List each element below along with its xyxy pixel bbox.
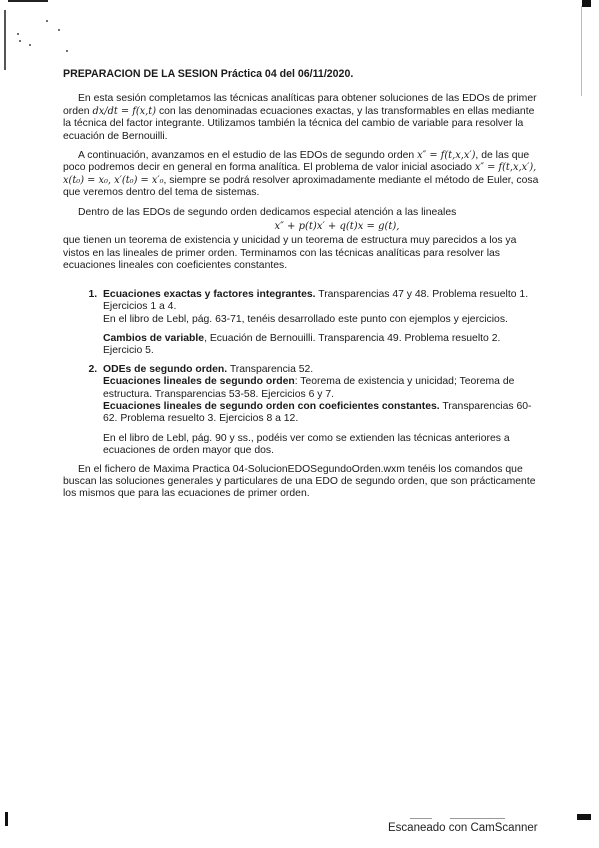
document-title: PREPARACION DE LA SESION Práctica 04 del…	[63, 68, 541, 80]
subsection-heading: Ecuaciones lineales de segundo orden	[103, 376, 295, 387]
scan-artifact-left-mark	[5, 812, 8, 826]
math-formula: x″ = f(t,x,x′)	[417, 150, 475, 161]
topics-list: Ecuaciones exactas y factores integrante…	[63, 289, 541, 458]
camscanner-watermark: Escaneado con CamScanner	[388, 822, 538, 834]
list-item: ODEs de segundo orden. Transparencia 52.…	[100, 364, 541, 458]
scan-dot	[19, 40, 21, 42]
text: A continuación, avanzamos en el estudio …	[78, 150, 417, 161]
scan-artifact-right-line	[581, 6, 582, 96]
scan-artifact-line	[410, 818, 432, 819]
scan-dot	[17, 33, 19, 35]
scan-artifact-mark	[577, 814, 591, 820]
item-subsection: Ecuaciones lineales de segundo orden con…	[103, 401, 541, 426]
scan-artifact-right-mark	[582, 0, 591, 7]
scan-artifact-line	[450, 818, 505, 819]
paragraph-intro: En esta sesión completamos las técnicas …	[63, 93, 541, 143]
scan-artifact-top	[8, 0, 48, 2]
paragraph-maxima: En el fichero de Maxima Practica 04-Solu…	[63, 464, 541, 501]
subsection-heading: Cambios de variable	[103, 333, 204, 344]
scan-artifact-left-edge	[4, 10, 6, 70]
item-reference: En el libro de Lebl, pág. 63-71, tenéis …	[103, 314, 541, 326]
title-date-part: Práctica 04 del 06/11/2020.	[218, 68, 353, 80]
text: Transparencia 52.	[227, 364, 313, 375]
title-bold-part: PREPARACION DE LA SESION	[63, 68, 218, 80]
item-heading: Ecuaciones exactas y factores integrante…	[103, 289, 316, 300]
item-reference: En el libro de Lebl, pág. 90 y ss., podé…	[103, 433, 541, 458]
paragraph-linear-cont: que tienen un teorema de existencia y un…	[63, 235, 541, 272]
paragraph-linear: Dentro de las EDOs de segundo orden dedi…	[63, 207, 541, 219]
paragraph-second-order: A continuación, avanzamos en el estudio …	[63, 150, 541, 200]
list-item: Ecuaciones exactas y factores integrante…	[100, 289, 541, 358]
scan-dot	[29, 44, 31, 46]
scan-dot	[46, 20, 48, 22]
scan-dot	[58, 29, 60, 31]
item-subsection: Ecuaciones lineales de segundo orden: Te…	[103, 376, 541, 401]
math-formula: dx/dt = f(x,t)	[92, 106, 156, 117]
document-page: PREPARACION DE LA SESION Práctica 04 del…	[63, 68, 541, 508]
item-heading: ODEs de segundo orden.	[103, 364, 227, 375]
item-subsection: Cambios de variable, Ecuación de Bernoui…	[103, 333, 541, 358]
subsection-heading: Ecuaciones lineales de segundo orden con…	[103, 401, 440, 412]
scan-dot	[66, 50, 68, 52]
linear-equation: x″ + p(t)x′ + q(t)x = g(t),	[63, 221, 541, 233]
